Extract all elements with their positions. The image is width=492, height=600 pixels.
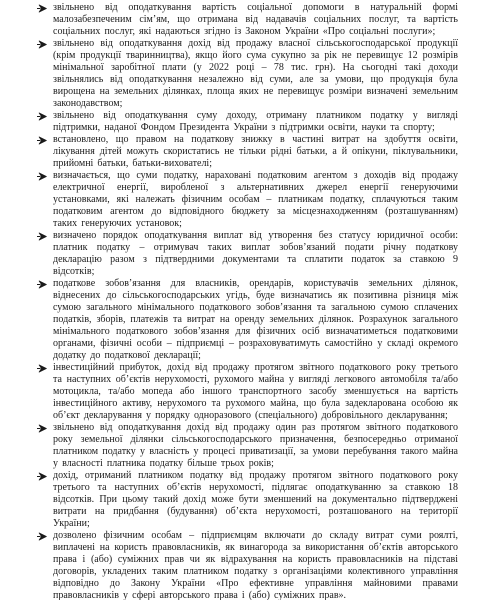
list-item-text: звільнено від оподаткування вартість соц… (53, 2, 458, 37)
arrow-bullet-icon (37, 112, 47, 121)
list-item: звільнено від оподаткування дохід від пр… (38, 422, 458, 470)
list-item: дохід, отриманий платником податку від п… (38, 470, 458, 530)
list-item-text: визначається, що суми податку, нарахован… (53, 170, 458, 229)
arrow-bullet-icon (37, 232, 47, 241)
list-item-text: дохід, отриманий платником податку від п… (53, 470, 458, 529)
list-item: встановлено, що правом на податкову зниж… (38, 134, 458, 170)
arrow-bullet-icon (37, 172, 47, 181)
list-item: визначено порядок оподаткування виплат в… (38, 230, 458, 278)
document-page: звільнено від оподаткування вартість соц… (0, 0, 492, 600)
list-item: визначається, що суми податку, нарахован… (38, 170, 458, 230)
bullet-list: звільнено від оподаткування вартість соц… (38, 2, 458, 600)
list-item-text: звільнено від оподаткування дохід від пр… (53, 422, 458, 469)
list-item: звільнено від оподаткування суму доходу,… (38, 110, 458, 134)
list-item-text: встановлено, що правом на податкову зниж… (53, 134, 458, 169)
list-item: дозволено фізичним особам – підприємцям … (38, 530, 458, 600)
arrow-bullet-icon (37, 4, 47, 13)
arrow-bullet-icon (37, 280, 47, 289)
arrow-bullet-icon (37, 532, 47, 541)
list-item-text: визначено порядок оподаткування виплат в… (53, 230, 458, 277)
arrow-bullet-icon (37, 472, 47, 481)
list-item: інвестиційний прибуток, дохід від продаж… (38, 362, 458, 422)
arrow-bullet-icon (37, 424, 47, 433)
list-item-text: інвестиційний прибуток, дохід від продаж… (53, 362, 458, 421)
list-item: податкове зобов’язання для власників, ор… (38, 278, 458, 362)
arrow-bullet-icon (37, 136, 47, 145)
list-item-text: дозволено фізичним особам – підприємцям … (53, 530, 458, 600)
arrow-bullet-icon (37, 40, 47, 49)
list-item-text: податкове зобов’язання для власників, ор… (53, 278, 458, 361)
list-item: звільнено від оподаткування дохід від пр… (38, 38, 458, 110)
list-item-text: звільнено від оподаткування суму доходу,… (53, 110, 458, 133)
list-item: звільнено від оподаткування вартість соц… (38, 2, 458, 38)
list-item-text: звільнено від оподаткування дохід від пр… (53, 38, 458, 109)
arrow-bullet-icon (37, 364, 47, 373)
